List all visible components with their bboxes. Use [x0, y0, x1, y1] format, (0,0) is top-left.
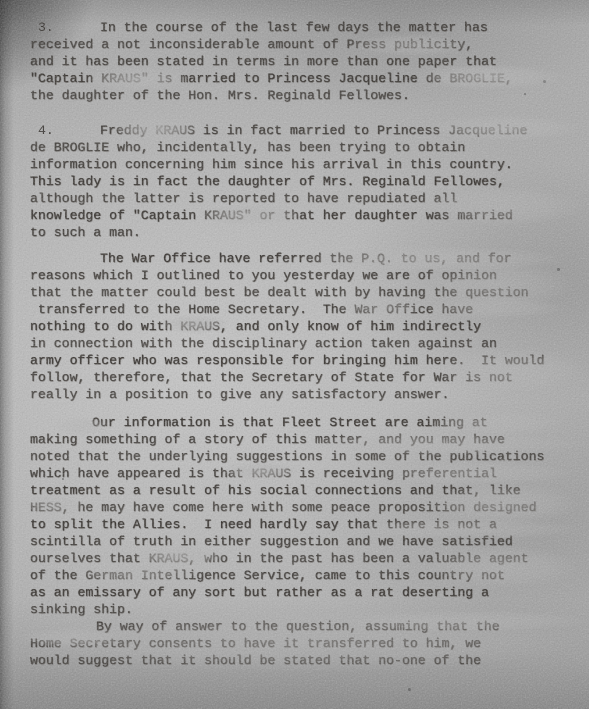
text-line: By way of answer to the question, assumi… — [30, 618, 578, 635]
text-line: This lady is in fact the daughter of Mrs… — [30, 173, 578, 190]
document-body: 3.In the course of the last few days the… — [0, 0, 589, 709]
text-line: noted that the underlying suggestions in… — [30, 448, 578, 465]
text-line: ourselves that KRAUS, who in the past ha… — [30, 550, 578, 567]
text-line: the daughter of the Hon. Mrs. Reginald F… — [30, 87, 578, 104]
text-line: to such a man. — [30, 224, 578, 241]
paragraph: 3.In the course of the last few days the… — [30, 19, 578, 104]
text-line: In the course of the last few days the m… — [30, 19, 578, 36]
text-line: reasons which I outlined to you yesterda… — [30, 267, 578, 284]
text-line: information concerning him since his arr… — [30, 156, 578, 173]
document-page: 3.In the course of the last few days the… — [0, 0, 589, 709]
text-line: HESS, he may have come here with some pe… — [30, 499, 578, 516]
text-line: army officer who was responsible for bri… — [30, 352, 578, 369]
text-line: The War Office have referred the P.Q. to… — [30, 250, 578, 267]
text-line: really in a position to give any satisfa… — [30, 386, 578, 403]
text-line: transferred to the Home Secretary. The W… — [30, 301, 578, 318]
text-line: as an emissary of any sort but rather as… — [30, 584, 578, 601]
text-line: nothing to do with KRAUS, and only know … — [30, 318, 578, 335]
text-line: follow, therefore, that the Secretary of… — [30, 369, 578, 386]
paragraph: Our information is that Fleet Street are… — [30, 414, 578, 618]
text-line: Home Secretary consents to have it trans… — [30, 635, 578, 652]
text-line: received a not inconsiderable amount of … — [30, 36, 578, 53]
text-line: treatment as a result of his social conn… — [30, 482, 578, 499]
text-line: which have appeared is that KRAUS is rec… — [30, 465, 578, 482]
text-line: that the matter could best be dealt with… — [30, 284, 578, 301]
text-line: scintilla of truth in either suggestion … — [30, 533, 578, 550]
paragraph: 4.Freddy KRAUS is in fact married to Pri… — [30, 122, 578, 241]
paragraph: By way of answer to the question, assumi… — [30, 618, 578, 669]
text-line: sinking ship. — [30, 601, 578, 618]
text-line: knowledge of "Captain KRAUS" or that her… — [30, 207, 578, 224]
text-line: de BROGLIE who, incidentally, has been t… — [30, 139, 578, 156]
text-line: making something of a story of this matt… — [30, 431, 578, 448]
text-line: of the German Intelligence Service, came… — [30, 567, 578, 584]
text-line: would suggest that it should be stated t… — [30, 652, 578, 669]
paragraph: The War Office have referred the P.Q. to… — [30, 250, 578, 403]
text-line: in connection with the disciplinary acti… — [30, 335, 578, 352]
text-line: Freddy KRAUS is in fact married to Princ… — [30, 122, 578, 139]
text-line: and it has been stated in terms in more … — [30, 53, 578, 70]
text-line: to split the Allies. I need hardly say t… — [30, 516, 578, 533]
text-line: Our information is that Fleet Street are… — [30, 414, 578, 431]
text-line: although the latter is reported to have … — [30, 190, 578, 207]
text-line: "Captain KRAUS" is married to Princess J… — [30, 70, 578, 87]
